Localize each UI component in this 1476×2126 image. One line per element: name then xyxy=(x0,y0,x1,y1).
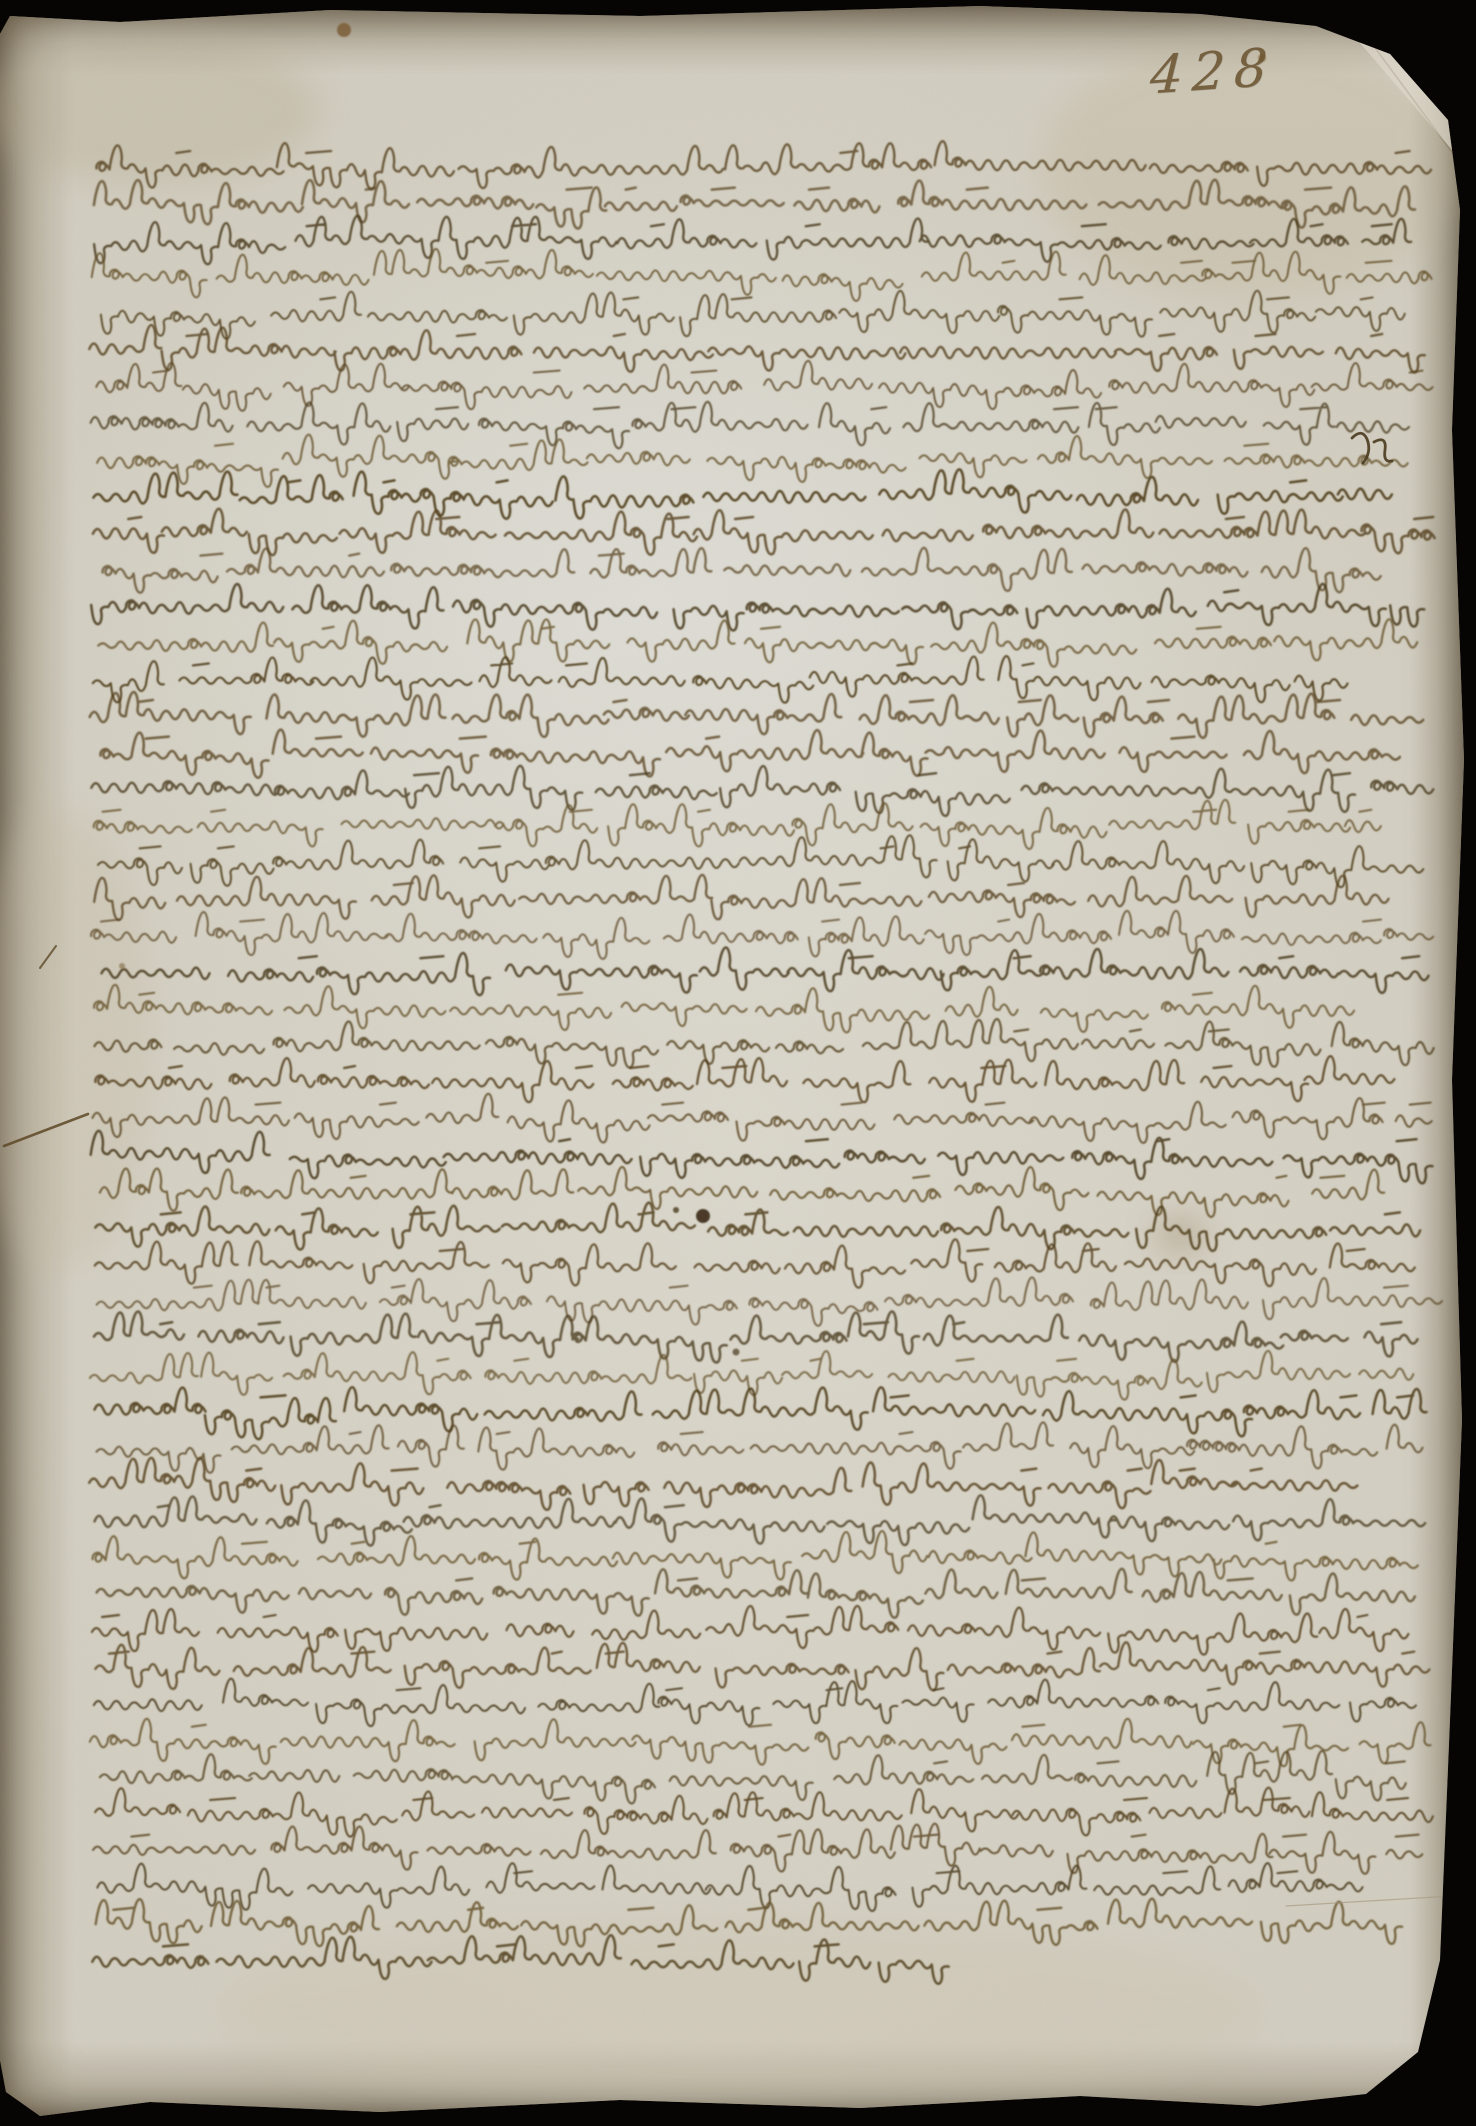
manuscript-page: 428 xyxy=(0,0,1476,2126)
manuscript-scan: 428 xyxy=(0,0,1476,2126)
ink-blot-small-2 xyxy=(733,1349,740,1356)
ink-blot-center xyxy=(696,1209,710,1223)
spot-left-margin xyxy=(119,963,125,969)
stain-top-edge-spot xyxy=(337,23,351,37)
ink-blot-small-1 xyxy=(673,1207,679,1213)
folio-number: 428 xyxy=(1149,37,1278,106)
handwriting-text xyxy=(0,0,1476,2126)
